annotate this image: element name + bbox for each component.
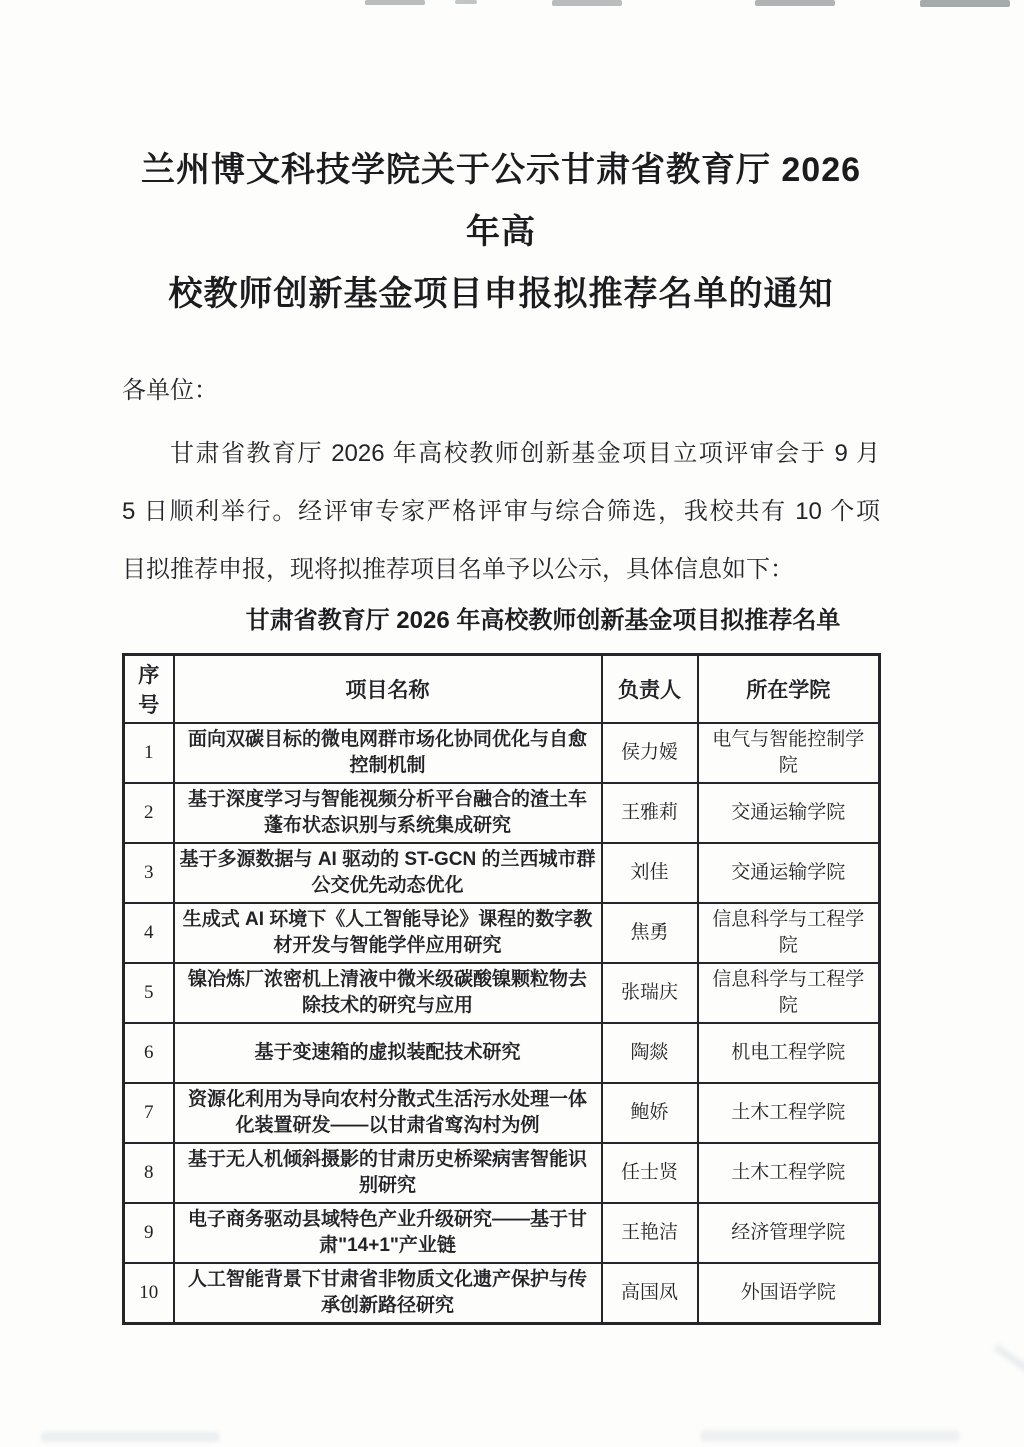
row-number-cell: 5 — [124, 963, 174, 1023]
table-row: 8基于无人机倾斜摄影的甘肃历史桥梁病害智能识别研究任士贤土木工程学院 — [124, 1143, 880, 1203]
table-title: 甘肃省教育厅 2026 年高校教师创新基金项目拟推荐名单 — [122, 601, 880, 641]
leader-cell: 陶燚 — [602, 1023, 698, 1083]
project-name-cell: 人工智能背景下甘肃省非物质文化遗产保护与传承创新路径研究 — [174, 1263, 602, 1324]
col-header-leader: 负责人 — [602, 654, 698, 723]
row-number-cell: 8 — [124, 1143, 174, 1203]
table-row: 5镍冶炼厂浓密机上清液中微米级碳酸镍颗粒物去除技术的研究与应用张瑞庆信息科学与工… — [124, 963, 880, 1023]
row-number-cell: 3 — [124, 843, 174, 903]
college-cell: 土木工程学院 — [698, 1143, 880, 1203]
project-name-cell: 基于变速箱的虚拟装配技术研究 — [174, 1023, 602, 1083]
leader-cell: 任士贤 — [602, 1143, 698, 1203]
table-row: 7资源化利用为导向农村分散式生活污水处理一体化装置研发——以甘肃省窎沟村为例鲍娇… — [124, 1083, 880, 1143]
document-page: 兰州博文科技学院关于公示甘肃省教育厅 2026 年高 校教师创新基金项目申报拟推… — [0, 0, 1024, 1447]
leader-cell: 侯力嫒 — [602, 723, 698, 783]
college-cell: 信息科学与工程学院 — [698, 963, 880, 1023]
leader-cell: 张瑞庆 — [602, 963, 698, 1023]
row-number-cell: 2 — [124, 783, 174, 843]
leader-cell: 高国凤 — [602, 1263, 698, 1324]
college-cell: 信息科学与工程学院 — [698, 903, 880, 963]
project-name-cell: 资源化利用为导向农村分散式生活污水处理一体化装置研发——以甘肃省窎沟村为例 — [174, 1083, 602, 1143]
scan-artifact — [993, 1344, 1024, 1385]
college-cell: 土木工程学院 — [698, 1083, 880, 1143]
table-header-row: 序号 项目名称 负责人 所在学院 — [124, 654, 880, 723]
recommendation-table: 序号 项目名称 负责人 所在学院 1面向双碳目标的微电网群市场化协同优化与自愈控… — [122, 653, 881, 1325]
project-name-cell: 基于深度学习与智能视频分析平台融合的渣土车蓬布状态识别与系统集成研究 — [174, 783, 602, 843]
document-title-line-1: 兰州博文科技学院关于公示甘肃省教育厅 2026 年高 — [122, 139, 880, 263]
row-number-cell: 1 — [124, 723, 174, 783]
project-name-cell: 电子商务驱动县域特色产业升级研究——基于甘肃"14+1"产业链 — [174, 1203, 602, 1263]
paragraph-line: 5 日顺利举行。经评审专家严格评审与综合筛选，我校共有 10 个项 — [122, 483, 880, 541]
row-number-cell: 9 — [124, 1203, 174, 1263]
leader-cell: 刘佳 — [602, 843, 698, 903]
leader-cell: 王雅莉 — [602, 783, 698, 843]
paragraph-line: 甘肃省教育厅 2026 年高校教师创新基金项目立项评审会于 9 月 — [122, 425, 880, 483]
project-name-cell: 面向双碳目标的微电网群市场化协同优化与自愈控制机制 — [174, 723, 602, 783]
col-header-index: 序号 — [124, 654, 174, 723]
leader-cell: 王艳洁 — [602, 1203, 698, 1263]
salutation: 各单位： — [122, 375, 880, 407]
scan-artifact — [920, 0, 1010, 7]
table-row: 10人工智能背景下甘肃省非物质文化遗产保护与传承创新路径研究高国凤外国语学院 — [124, 1263, 880, 1324]
col-header-college: 所在学院 — [698, 654, 880, 723]
row-number-cell: 6 — [124, 1023, 174, 1083]
table-row: 1面向双碳目标的微电网群市场化协同优化与自愈控制机制侯力嫒电气与智能控制学院 — [124, 723, 880, 783]
paragraph-line: 目拟推荐申报，现将拟推荐项目名单予以公示，具体信息如下： — [122, 541, 880, 599]
leader-cell: 鲍娇 — [602, 1083, 698, 1143]
table-row: 9电子商务驱动县域特色产业升级研究——基于甘肃"14+1"产业链王艳洁经济管理学… — [124, 1203, 880, 1263]
table-row: 3基于多源数据与 AI 驱动的 ST-GCN 的兰西城市群公交优先动态优化刘佳交… — [124, 843, 880, 903]
project-name-cell: 基于多源数据与 AI 驱动的 ST-GCN 的兰西城市群公交优先动态优化 — [174, 843, 602, 903]
college-cell: 经济管理学院 — [698, 1203, 880, 1263]
college-cell: 交通运输学院 — [698, 783, 880, 843]
row-number-cell: 10 — [124, 1263, 174, 1324]
college-cell: 外国语学院 — [698, 1263, 880, 1324]
document-content: 兰州博文科技学院关于公示甘肃省教育厅 2026 年高 校教师创新基金项目申报拟推… — [122, 0, 880, 1325]
college-cell: 机电工程学院 — [698, 1023, 880, 1083]
row-number-cell: 7 — [124, 1083, 174, 1143]
college-cell: 交通运输学院 — [698, 843, 880, 903]
scan-artifact — [700, 1430, 960, 1442]
scan-artifact — [40, 1432, 220, 1442]
project-name-cell: 生成式 AI 环境下《人工智能导论》课程的数字教材开发与智能学伴应用研究 — [174, 903, 602, 963]
document-title-line-2: 校教师创新基金项目申报拟推荐名单的通知 — [122, 263, 880, 325]
project-name-cell: 镍冶炼厂浓密机上清液中微米级碳酸镍颗粒物去除技术的研究与应用 — [174, 963, 602, 1023]
document-title: 兰州博文科技学院关于公示甘肃省教育厅 2026 年高 校教师创新基金项目申报拟推… — [122, 23, 880, 325]
table-row: 6基于变速箱的虚拟装配技术研究陶燚机电工程学院 — [124, 1023, 880, 1083]
table-row: 2基于深度学习与智能视频分析平台融合的渣土车蓬布状态识别与系统集成研究王雅莉交通… — [124, 783, 880, 843]
college-cell: 电气与智能控制学院 — [698, 723, 880, 783]
leader-cell: 焦勇 — [602, 903, 698, 963]
row-number-cell: 4 — [124, 903, 174, 963]
body-paragraph: 甘肃省教育厅 2026 年高校教师创新基金项目立项评审会于 9 月 5 日顺利举… — [122, 425, 880, 599]
col-header-project: 项目名称 — [174, 654, 602, 723]
project-name-cell: 基于无人机倾斜摄影的甘肃历史桥梁病害智能识别研究 — [174, 1143, 602, 1203]
table-row: 4生成式 AI 环境下《人工智能导论》课程的数字教材开发与智能学伴应用研究焦勇信… — [124, 903, 880, 963]
